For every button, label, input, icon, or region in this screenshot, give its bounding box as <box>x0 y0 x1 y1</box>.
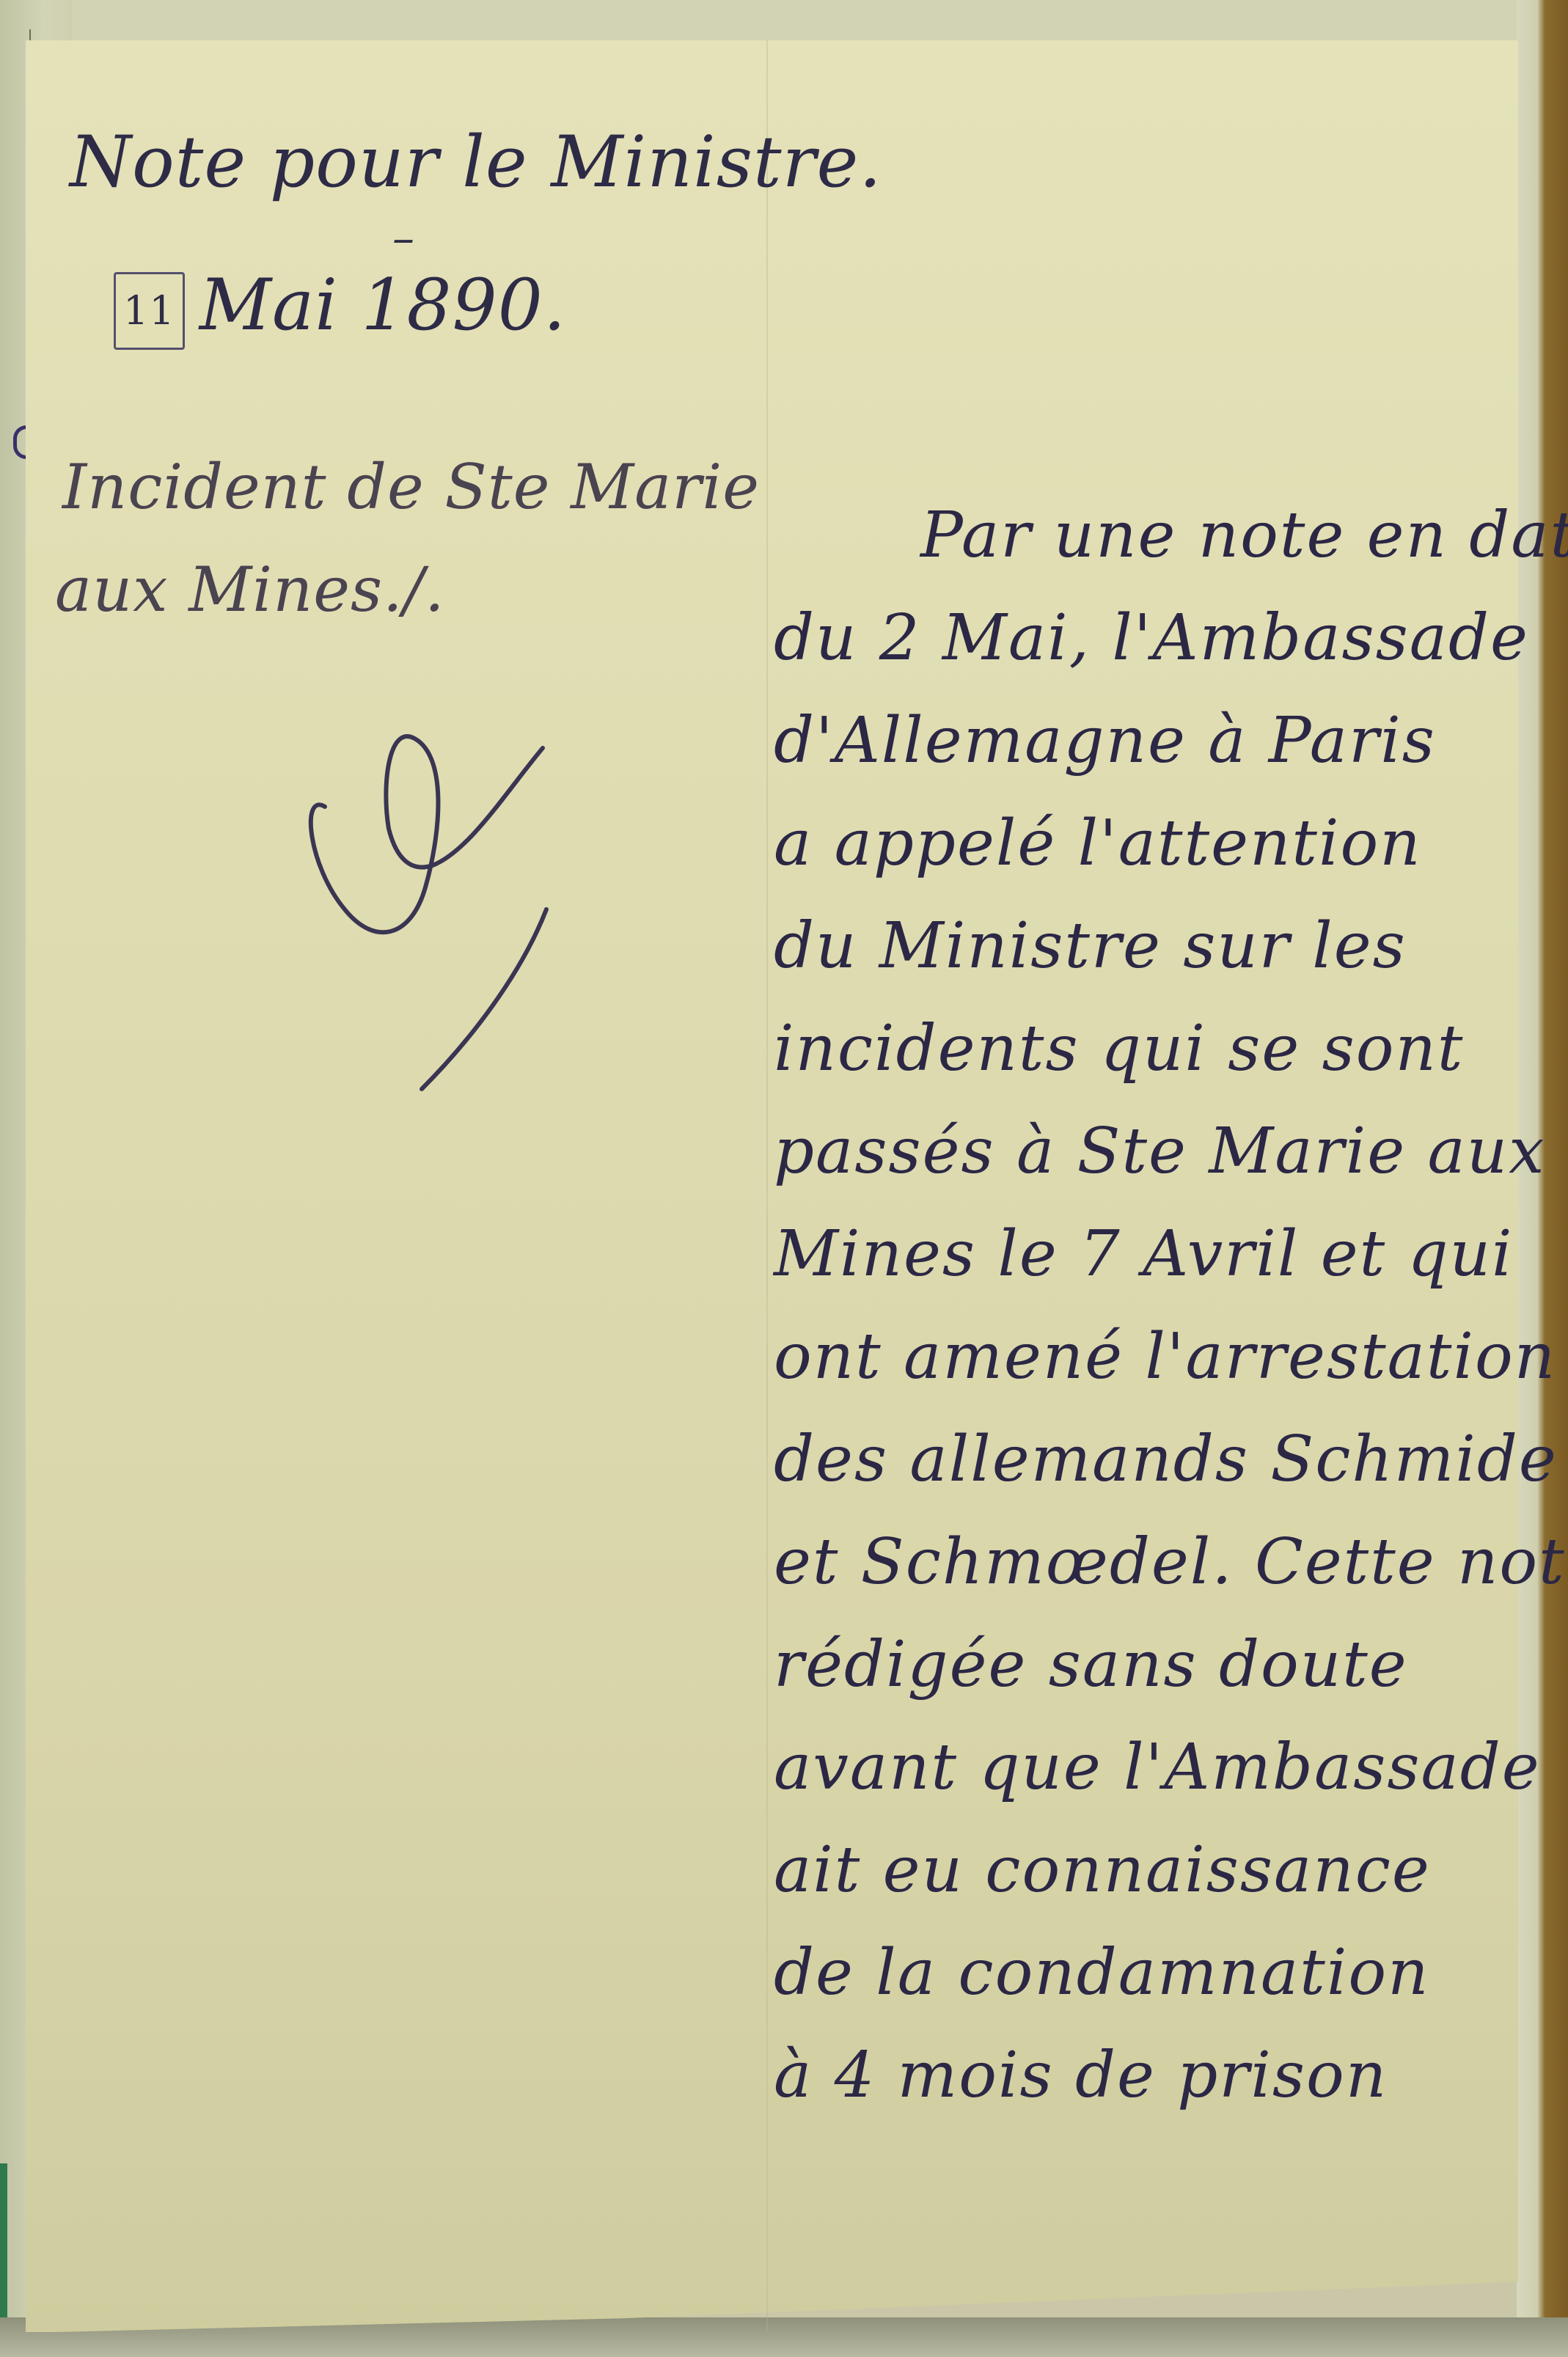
paraph-signature-icon <box>301 719 565 1115</box>
fold-line <box>766 40 768 2332</box>
body-line: des allemands Schmide <box>774 1408 1507 1511</box>
body-line: rédigée sans doute <box>774 1613 1507 1716</box>
body-line: de la condamnation <box>774 1921 1507 2024</box>
body-line: passés à Ste Marie aux <box>774 1100 1507 1203</box>
body-line: Par une note en date <box>774 484 1507 587</box>
body-line: à 4 mois de prison <box>774 2024 1507 2127</box>
body-line: et Schmœdel. Cette note <box>774 1511 1507 1613</box>
body-line: avant que l'Ambassade <box>774 1716 1507 1819</box>
body-line: incidents qui se sont <box>774 997 1507 1100</box>
body-line: ait eu connaissance <box>774 1819 1507 1921</box>
subject-line-1: Incident de Ste Marie <box>62 451 760 523</box>
note-date: 11Mai 1890. <box>114 264 566 350</box>
body-line: d'Allemagne à Paris <box>774 689 1507 792</box>
title-separator: – <box>392 213 415 264</box>
subject-line-2: aux Mines./. <box>55 554 445 626</box>
body-line: du Ministre sur les <box>774 895 1507 997</box>
date-day-bracket: 11 <box>114 272 185 350</box>
body-line: ont amené l'arrestation <box>774 1305 1507 1408</box>
note-body: Par une note en date du 2 Mai, l'Ambassa… <box>774 484 1507 2127</box>
date-text: Mai 1890. <box>199 264 567 346</box>
body-line: Mines le 7 Avril et qui <box>774 1203 1507 1305</box>
body-line: du 2 Mai, l'Ambassade <box>774 587 1507 689</box>
body-line: a appelé l'attention <box>774 792 1507 895</box>
note-title: Note pour le Ministre. <box>70 121 882 203</box>
